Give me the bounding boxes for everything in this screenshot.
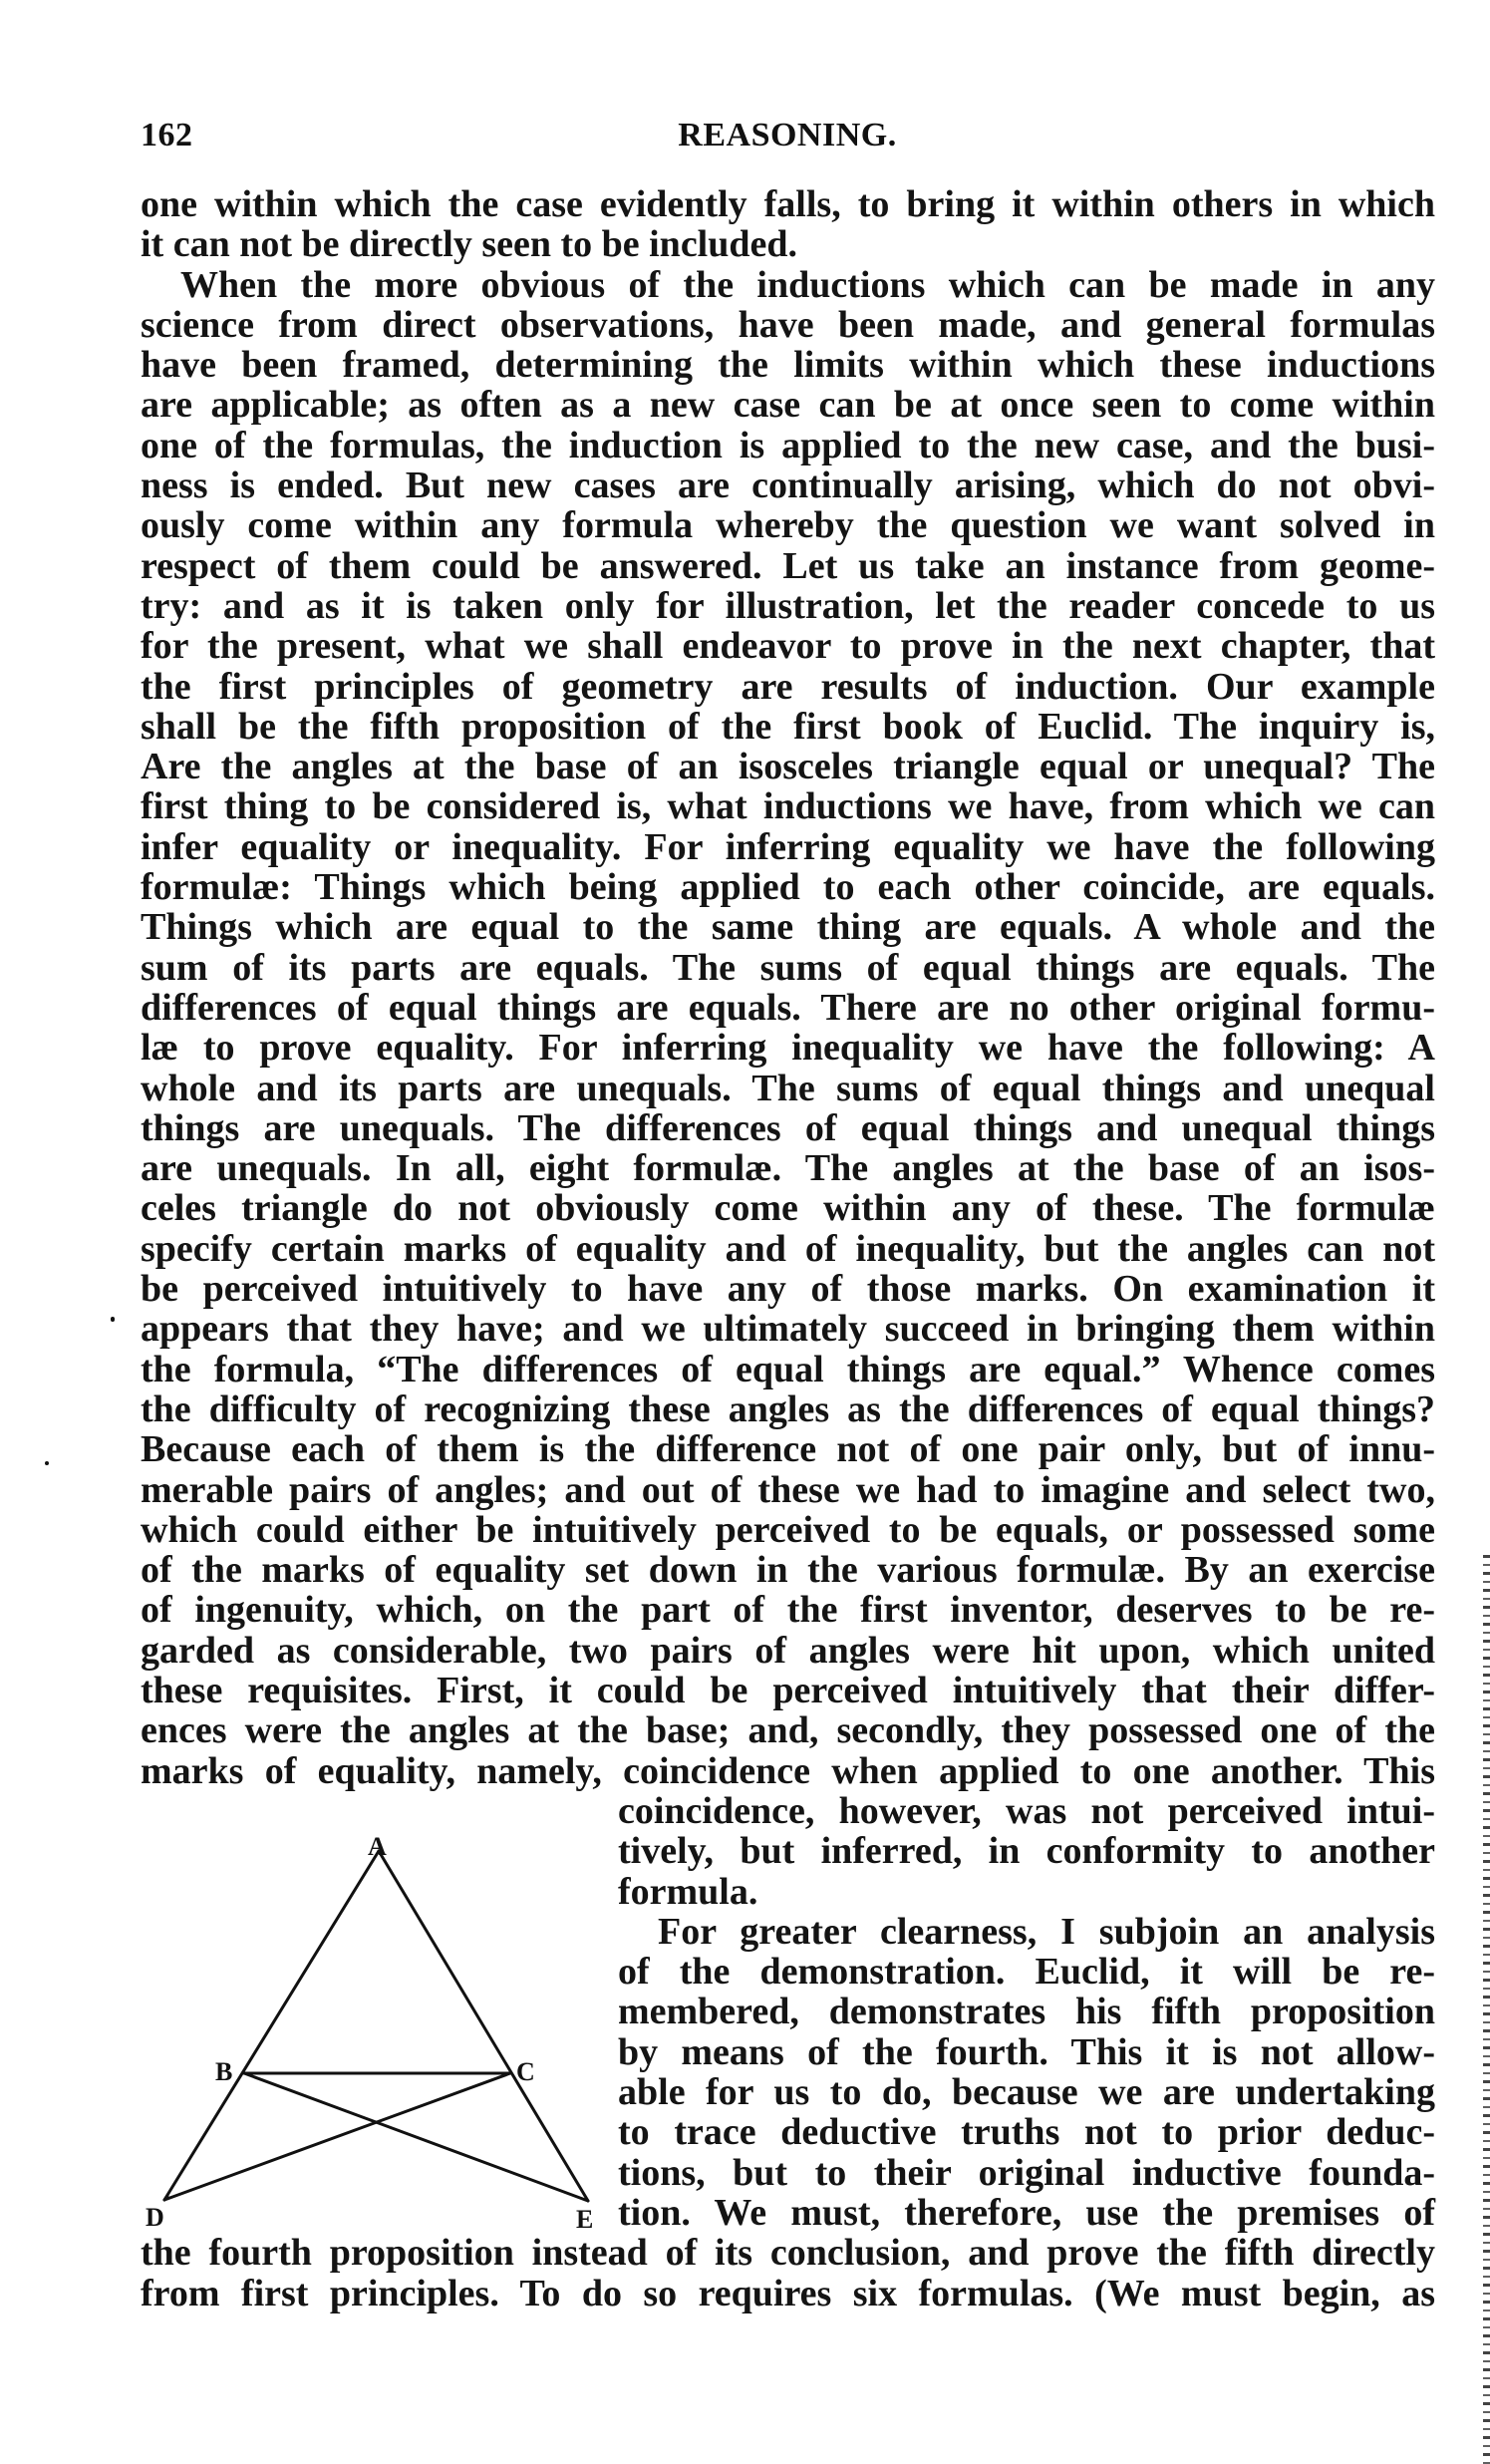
text-line: marks of equality, namely, coincidence w…	[141, 1751, 1435, 1791]
scan-speck	[111, 1317, 115, 1322]
text-line: one within which the case evidently fall…	[141, 184, 1435, 224]
text-line: ences were the angles at the base; and, …	[141, 1710, 1435, 1750]
vertex-label-a: A	[368, 1834, 387, 1860]
text-line: shall be the fifth proposition of the fi…	[141, 707, 1435, 747]
text-line: of ingenuity, which, on the part of the …	[141, 1590, 1435, 1630]
isosceles-triangle-figure: A B C D E	[130, 1814, 618, 2243]
text-line: læ to prove equality. For inferring ineq…	[141, 1028, 1435, 1068]
text-line: be perceived intuitively to have any of …	[141, 1269, 1435, 1309]
text-line: whole and its parts are unequals. The su…	[141, 1069, 1435, 1108]
text-line: for the present, what we shall endeavor …	[141, 626, 1435, 666]
text-line: differences of equal things are equals. …	[141, 988, 1435, 1028]
text-line: ously come within any formula whereby th…	[141, 505, 1435, 545]
text-line: science from direct observations, have b…	[141, 305, 1435, 345]
vertex-label-b: B	[215, 2059, 232, 2085]
side-text-line: coincidence, however, was not perceived …	[618, 1791, 1435, 1831]
page-edge-artifact	[1483, 1555, 1490, 2464]
text-line: are unequals. In all, eight formulæ. The…	[141, 1148, 1435, 1188]
text-line: Are the angles at the base of an isoscel…	[141, 747, 1435, 786]
text-line: appears that they have; and we ultimatel…	[141, 1309, 1435, 1349]
side-paragraph-start-line: For greater clearness, I subjoin an anal…	[658, 1912, 1435, 1952]
text-line: specify certain marks of equality and of…	[141, 1229, 1435, 1269]
running-title: REASONING.	[0, 116, 1490, 155]
text-line: the formula, “The differences of equal t…	[141, 1350, 1435, 1389]
text-line: which could either be intuitively percei…	[141, 1510, 1435, 1550]
vertex-label-c: C	[516, 2059, 535, 2085]
paragraph-start-line: When the more obvious of the inductions …	[180, 265, 1435, 305]
text-line: garded as considerable, two pairs of ang…	[141, 1631, 1435, 1671]
text-line: have been framed, determining the limits…	[141, 345, 1435, 385]
text-line: things are unequals. The differences of …	[141, 1108, 1435, 1148]
side-text-line: of the demonstration. Euclid, it will be…	[618, 1952, 1435, 1992]
text-line: infer equality or inequality. For inferr…	[141, 827, 1435, 867]
line-be	[244, 2073, 588, 2201]
text-line: from first principles. To do so requires…	[141, 2274, 1435, 2313]
side-text-line: tively, but inferred, in conformity to a…	[618, 1831, 1435, 1871]
side-text-line: membered, demonstrates his fifth proposi…	[618, 1992, 1435, 2031]
line-cd	[164, 2073, 510, 2200]
text-line: these requisites. First, it could be per…	[141, 1671, 1435, 1710]
text-line: of the marks of equality set down in the…	[141, 1550, 1435, 1590]
text-line: respect of them could be answered. Let u…	[141, 546, 1435, 586]
text-line: celes triangle do not obviously come wit…	[141, 1188, 1435, 1228]
text-line: merable pairs of angles; and out of thes…	[141, 1470, 1435, 1510]
vertex-label-d: D	[146, 2205, 164, 2231]
side-text-line: by means of the fourth. This it is not a…	[618, 2032, 1435, 2072]
text-line: Things which are equal to the same thing…	[141, 907, 1435, 947]
side-text-line: formula.	[618, 1872, 1435, 1912]
text-line: the difficulty of recognizing these angl…	[141, 1389, 1435, 1429]
side-text-line: to trace deductive truths not to prior d…	[618, 2112, 1435, 2152]
side-ae	[379, 1851, 588, 2201]
side-text-line: tions, but to their original inductive f…	[618, 2153, 1435, 2193]
side-text-line: tion. We must, therefore, use the premis…	[618, 2193, 1435, 2233]
text-line: first thing to be considered is, what in…	[141, 786, 1435, 826]
text-line: it can not be directly seen to be includ…	[141, 224, 1435, 264]
text-line: are applicable; as often as a new case c…	[141, 385, 1435, 425]
vertex-label-e: E	[576, 2207, 593, 2233]
text-line: one of the formulas, the induction is ap…	[141, 426, 1435, 465]
text-line: the first principles of geometry are res…	[141, 667, 1435, 707]
text-line: formulæ: Things which being applied to e…	[141, 867, 1435, 907]
scan-speck	[45, 1461, 49, 1465]
text-line: ness is ended. But new cases are continu…	[141, 465, 1435, 505]
side-text-line: able for us to do, because we are undert…	[618, 2072, 1435, 2112]
book-page: 162 REASONING. one within which the case…	[0, 0, 1490, 2464]
triangle-diagram	[130, 1814, 618, 2243]
text-line: Because each of them is the difference n…	[141, 1429, 1435, 1469]
side-ad	[164, 1851, 379, 2200]
text-line: sum of its parts are equals. The sums of…	[141, 948, 1435, 988]
text-line: try: and as it is taken only for illustr…	[141, 586, 1435, 626]
